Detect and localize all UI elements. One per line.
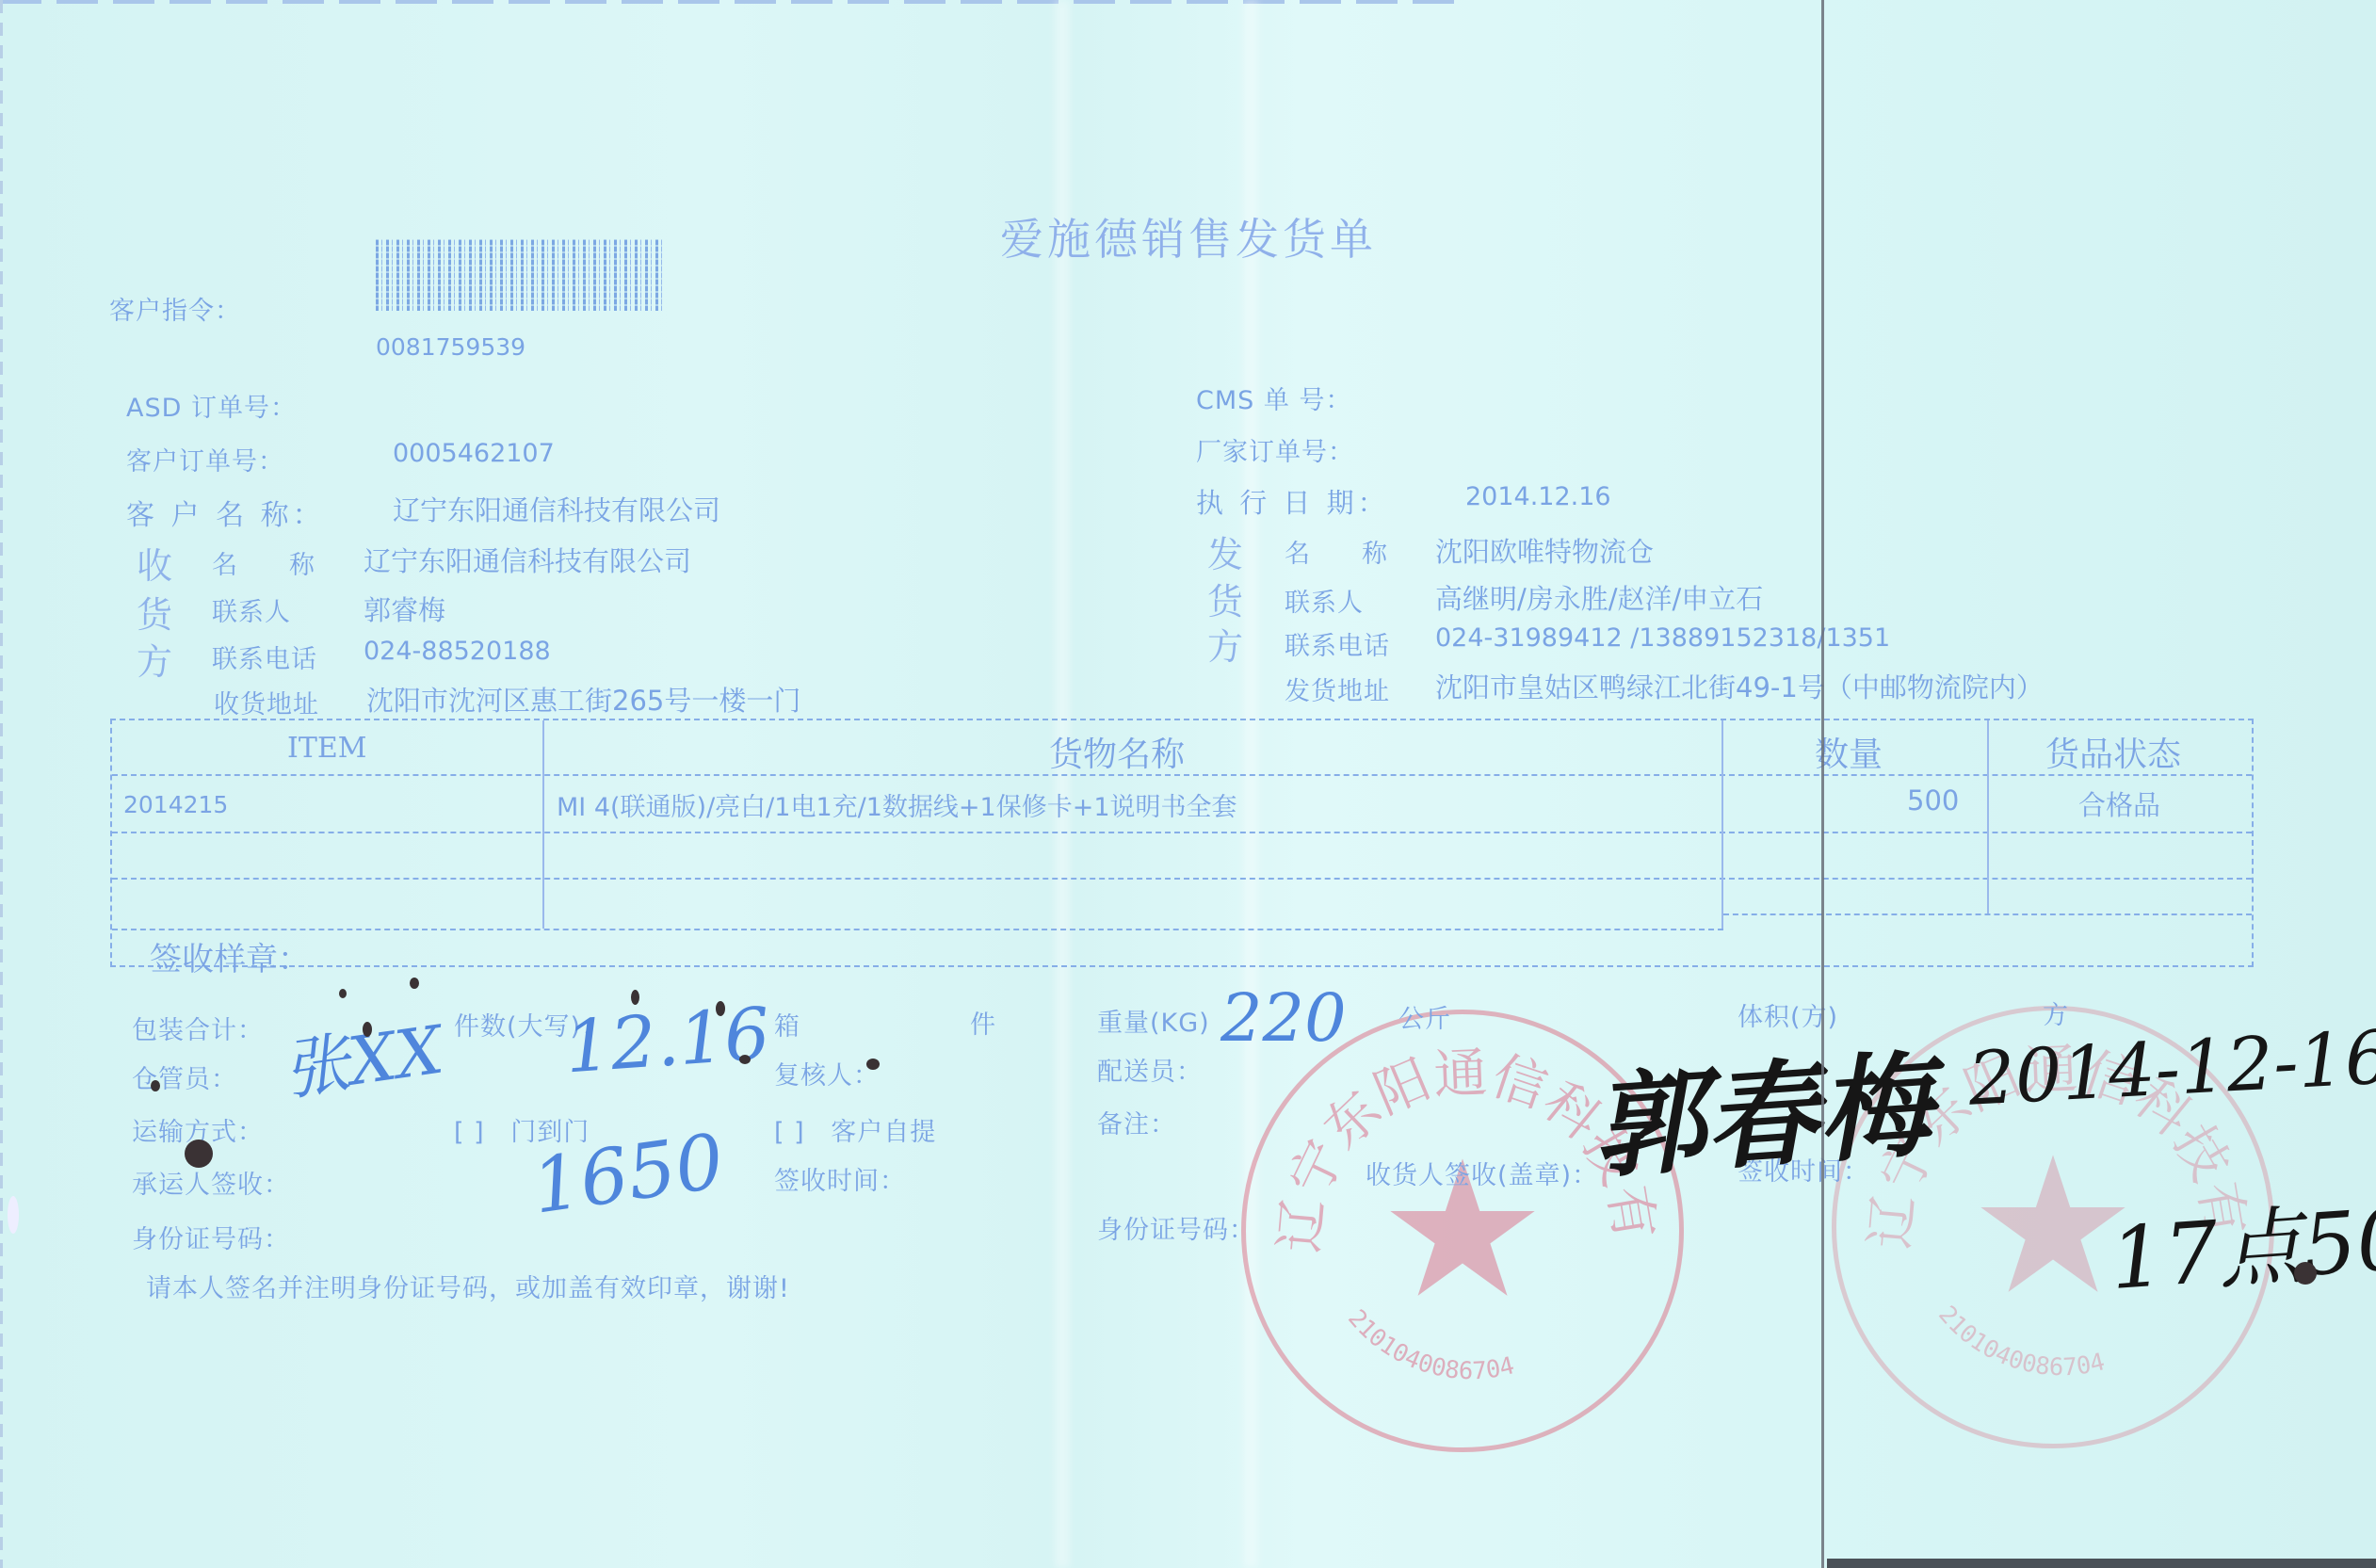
customer-order-no-label: 客户订单号： — [126, 441, 284, 477]
customer-instruction-value: 0081759539 — [376, 333, 525, 361]
receiver-side-char: 收 — [137, 537, 172, 589]
document-title: 爱施德销售发货单 — [1000, 205, 1377, 267]
warehouse-keeper-label: 仓管员： — [132, 1059, 237, 1095]
package-total-label: 包装合计： — [132, 1010, 264, 1046]
checkbox[interactable]: [ ] — [454, 1118, 485, 1147]
id-number-label: 身份证号码： — [132, 1219, 290, 1255]
receiver-name-value: 辽宁东阳通信科技有限公司 — [364, 541, 691, 579]
receiver-phone-label: 联系电话 — [212, 639, 317, 675]
receiver-sign-label: 收货人签收(盖章)： — [1366, 1155, 1598, 1191]
customer-name-value: 辽宁东阳通信科技有限公司 — [393, 490, 720, 528]
header-quantity: 数量 — [1815, 728, 1883, 776]
execution-date-label: 执 行 日 期： — [1196, 482, 1389, 521]
sign-stamp-label: 签收样章： — [150, 933, 310, 979]
sender-side-char: 货 — [1207, 573, 1243, 624]
ink-spot — [185, 1140, 213, 1168]
carrier-sign-time-label: 签收时间： — [774, 1160, 906, 1197]
paper-notch — [8, 1196, 19, 1234]
sender-side-char: 发 — [1207, 525, 1243, 577]
table-divider — [112, 878, 2252, 880]
receiver-side-char: 货 — [137, 586, 172, 638]
ink-spot — [410, 978, 419, 989]
receiver-phone-value: 024-88520188 — [364, 637, 551, 666]
svg-text:2101040086704: 2101040086704 — [1343, 1303, 1517, 1384]
box-label: 箱 — [774, 1006, 800, 1043]
sender-name-label: 名 称 — [1285, 533, 1400, 570]
receiver-side-char: 方 — [137, 633, 172, 685]
ink-spot — [866, 1059, 880, 1070]
row-status: 合格品 — [2078, 784, 2160, 823]
header-item: ITEM — [287, 732, 366, 765]
table-col-divider — [1721, 720, 1723, 929]
receiver-contact-value: 郭睿梅 — [364, 590, 445, 628]
receiver-name-label: 名 称 — [212, 544, 328, 581]
asd-order-no-label: ASD 订单号： — [126, 387, 297, 424]
piece-label: 件 — [970, 1004, 996, 1041]
items-table: ITEM 货物名称 数量 货品状态 2014215 MI 4(联通版)/亮白/1… — [110, 719, 2254, 967]
sender-contact-value: 高继明/房永胜/赵洋/申立石 — [1435, 578, 1763, 617]
receiver-address-value: 沈阳市沈河区惠工街265号一楼一门 — [366, 680, 800, 719]
customer-instruction-label: 客户指令： — [109, 290, 241, 327]
handwritten-piece-count: 12.16 — [562, 992, 772, 1090]
svg-text:2101040086704: 2101040086704 — [1933, 1300, 2108, 1381]
receiver-address-label: 收货地址 — [214, 684, 319, 720]
customer-name-label: 客 户 名 称： — [126, 492, 325, 533]
ink-spot — [151, 1080, 160, 1091]
reviewer-label: 复核人： — [774, 1055, 880, 1091]
table-divider — [112, 832, 2252, 833]
row-item: 2014215 — [123, 791, 228, 818]
row-goods-name: MI 4(联通版)/亮白/1电1充/1数据线+1保修卡+1说明书全套 — [557, 786, 1237, 823]
handwritten-warehouse-keeper: 张XX — [277, 997, 448, 1114]
customer-order-no-value: 0005462107 — [393, 439, 555, 468]
header-goods-name: 货物名称 — [1049, 728, 1185, 776]
carrier-sign-label: 承运人签收： — [132, 1164, 290, 1201]
checkbox[interactable]: [ ] — [774, 1118, 805, 1147]
remarks-label: 备注： — [1097, 1104, 1176, 1140]
receiver-signature: 郭春梅 — [1586, 1015, 1935, 1201]
sender-side-char: 方 — [1207, 618, 1243, 670]
barcode-icon — [376, 239, 664, 311]
table-col-divider — [1987, 720, 1989, 913]
left-perforation — [0, 0, 3, 1568]
sender-address-label: 发货地址 — [1285, 671, 1390, 707]
sender-phone-label: 联系电话 — [1285, 625, 1390, 662]
paper-fold-line — [1821, 0, 1824, 1568]
table-col-divider — [542, 720, 544, 929]
transport-option-self-pickup[interactable]: [ ] 客户自提 — [774, 1111, 936, 1148]
receiver-contact-label: 联系人 — [212, 591, 291, 628]
ink-spot — [716, 1001, 725, 1016]
delivery-person-label: 配送员： — [1097, 1051, 1203, 1088]
ink-spot — [2294, 1262, 2317, 1285]
table-divider — [1723, 913, 2252, 915]
id-number-label: 身份证号码： — [1097, 1209, 1255, 1246]
handwritten-weight: 220 — [1220, 979, 1347, 1057]
sender-contact-label: 联系人 — [1285, 582, 1364, 619]
weight-label: 重量(KG) — [1097, 1002, 1210, 1039]
ink-spot — [339, 989, 347, 998]
volume-unit: 方 — [2043, 994, 2069, 1031]
ink-spot — [739, 1055, 751, 1064]
ink-spot — [631, 990, 639, 1005]
row-quantity: 500 — [1907, 784, 1959, 816]
ink-spot — [363, 1022, 372, 1037]
factory-order-no-label: 厂家订单号： — [1196, 431, 1354, 468]
cms-no-label: CMS 单 号： — [1196, 380, 1351, 416]
table-divider — [112, 929, 1723, 930]
sender-name-value: 沈阳欧唯特物流仓 — [1435, 531, 1654, 570]
option-label: 客户自提 — [831, 1118, 936, 1147]
execution-date-value: 2014.12.16 — [1465, 482, 1611, 511]
weight-unit: 公斤 — [1398, 998, 1451, 1035]
paper-bottom-edge — [1827, 1559, 2376, 1568]
sender-address-value: 沈阳市皇姑区鸭绿江北街49-1号（中邮物流院内） — [1435, 667, 2044, 705]
signature-notice: 请本人签名并注明身份证号码，或加盖有效印章，谢谢! — [146, 1268, 790, 1304]
header-status: 货品状态 — [2045, 728, 2181, 776]
